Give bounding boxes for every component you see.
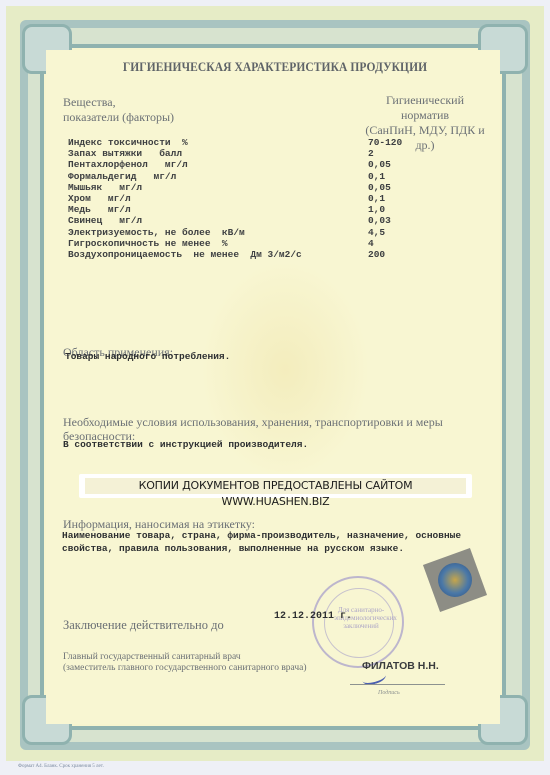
label-info-label: Информация, наносимая на этикетку: [63,517,255,531]
signer-title-cont: (заместитель главного государственного с… [63,662,307,674]
row-substance: Воздухопроницаемость не менее Дм 3/м2/с [68,249,368,260]
row-norm-value: 0,05 [368,159,391,170]
table-row: Медь мг/л1,0 [68,204,468,215]
table-row: Мышьяк мг/л0,05 [68,182,468,193]
row-norm-value: 70-120 [368,137,402,148]
valid-until-label: Заключение действительно до [63,618,224,632]
table-row: Формальдегид мг/л0,1 [68,171,468,182]
conditions-label: Необходимые условия использования, хране… [63,415,443,429]
banner-text: КОПИИ ДОКУМЕНТОВ ПРЕДОСТАВЛЕНЫ САЙТОМ WW… [85,478,466,494]
row-substance: Пентахлорфенол мг/л [68,159,368,170]
table-row: Пентахлорфенол мг/л0,05 [68,159,468,170]
row-norm-value: 200 [368,249,385,260]
table-row: Электризуемость, не более кВ/м4,5 [68,227,468,238]
row-substance: Запах вытяжки балл [68,148,368,159]
row-substance: Свинец мг/л [68,215,368,226]
table-row: Хром мг/л0,1 [68,193,468,204]
column-header-substances: Вещества, показатели (факторы) [63,95,174,125]
row-norm-value: 1,0 [368,204,385,215]
table-row: Запах вытяжки балл2 [68,148,468,159]
conditions-value: В соответствии с инструкцией производите… [63,439,308,451]
valid-until-date: 12.12.2011 г. [274,611,352,623]
table-row: Воздухопроницаемость не менее Дм 3/м2/с2… [68,249,468,260]
header-left-line: Вещества, [63,95,174,110]
document-title: ГИГИЕНИЧЕСКАЯ ХАРАКТЕРИСТИКА ПРОДУКЦИИ [22,60,528,75]
row-norm-value: 0,03 [368,215,391,226]
label-info-value-cont: свойства, правила пользования, выполненн… [62,543,404,555]
label-info-value: Наименование товара, страна, фирма-произ… [62,530,461,542]
row-norm-value: 0,1 [368,171,385,182]
table-row: Гигроскопичность не менее %4 [68,238,468,249]
row-substance: Формальдегид мг/л [68,171,368,182]
signature-caption: Подпись [378,686,400,700]
row-norm-value: 4 [368,238,374,249]
table-row: Индекс токсичности %70-120 [68,137,468,148]
signature-line [350,684,445,685]
row-norm-value: 4,5 [368,227,385,238]
row-norm-value: 0,1 [368,193,385,204]
header-left-line: показатели (факторы) [63,110,174,125]
scope-value: Товары народного потребления. [65,351,230,363]
row-substance: Мышьяк мг/л [68,182,368,193]
row-substance: Гигроскопичность не менее % [68,238,368,249]
table-row: Свинец мг/л0,03 [68,215,468,226]
row-norm-value: 2 [368,148,374,159]
hygiene-table: Индекс токсичности %70-120Запах вытяжки … [68,137,468,260]
row-substance: Электризуемость, не более кВ/м [68,227,368,238]
header-right-line: норматив [355,108,495,123]
row-substance: Индекс токсичности % [68,137,368,148]
row-substance: Хром мг/л [68,193,368,204]
row-norm-value: 0,05 [368,182,391,193]
row-substance: Медь мг/л [68,204,368,215]
footer-note: Формат А4. Бланк. Срок хранения 5 лет. [18,764,104,769]
header-right-line: Гигиенический [355,93,495,108]
watermark-banner: КОПИИ ДОКУМЕНТОВ ПРЕДОСТАВЛЕНЫ САЙТОМ WW… [79,474,472,498]
